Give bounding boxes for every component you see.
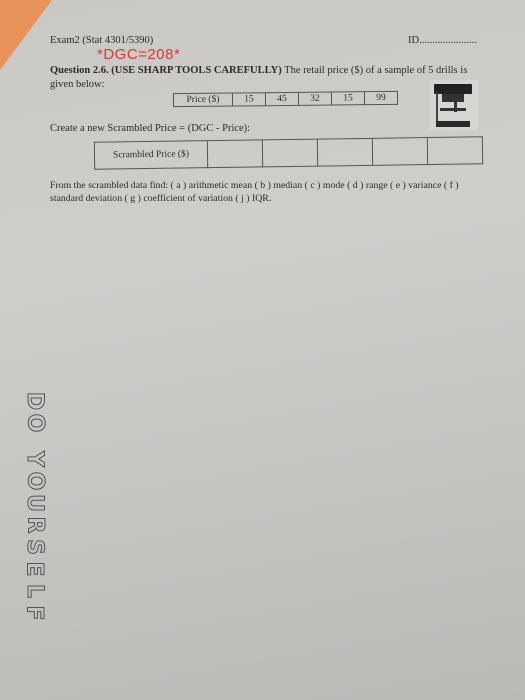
- scrambled-cell[interactable]: [317, 138, 372, 166]
- exam-title: Exam2 (Stat 4301/5390): [50, 35, 153, 46]
- price-cell: 15: [331, 92, 364, 105]
- watermark-letter: F: [22, 605, 44, 620]
- question-text: Question 2.6. (USE SHARP TOOLS CAREFULLY…: [50, 65, 467, 76]
- scrambled-price-table: Scrambled Price ($): [94, 136, 483, 169]
- question-number: Question 2.6. (USE SHARP TOOLS CAREFULLY…: [50, 65, 282, 76]
- watermark-letter: L: [22, 584, 44, 598]
- task-list-line1: From the scrambled data find: ( a ) arit…: [50, 180, 459, 191]
- scrambled-cell[interactable]: [262, 139, 317, 167]
- question-body: The retail price ($) of a sample of 5 dr…: [282, 65, 468, 76]
- price-table: Price ($) 15 45 32 15 99: [173, 91, 398, 107]
- price-cell: 45: [265, 92, 298, 105]
- scrambled-cell[interactable]: [427, 137, 482, 165]
- drill-press-icon: [430, 80, 478, 130]
- price-table-label: Price ($): [173, 93, 232, 107]
- watermark-letter: S: [22, 539, 44, 555]
- scrambled-cell[interactable]: [207, 140, 262, 168]
- do-yourself-watermark: D O Y O U R S E L F: [13, 390, 53, 624]
- scramble-instruction: Create a new Scrambled Price = (DGC - Pr…: [50, 123, 250, 134]
- watermark-letter: E: [22, 561, 44, 576]
- scrambled-table-label: Scrambled Price ($): [94, 141, 207, 170]
- handwritten-dgc-note: *DGC=208*: [97, 46, 180, 63]
- watermark-letter: R: [22, 517, 44, 534]
- price-cell: 99: [364, 91, 397, 104]
- watermark-letter: Y: [22, 451, 44, 467]
- watermark-letter: O: [22, 414, 44, 433]
- scrambled-cell[interactable]: [372, 138, 427, 166]
- question-text-line2: given below:: [50, 79, 105, 90]
- id-field: ID......................: [408, 35, 477, 46]
- price-cell: 15: [232, 93, 265, 106]
- watermark-letter: D: [22, 392, 44, 410]
- price-cell: 32: [298, 92, 331, 105]
- task-list-line2: standard deviation ( g ) coefficient of …: [50, 193, 271, 204]
- watermark-letter: U: [22, 494, 44, 512]
- watermark-letter: O: [22, 472, 44, 491]
